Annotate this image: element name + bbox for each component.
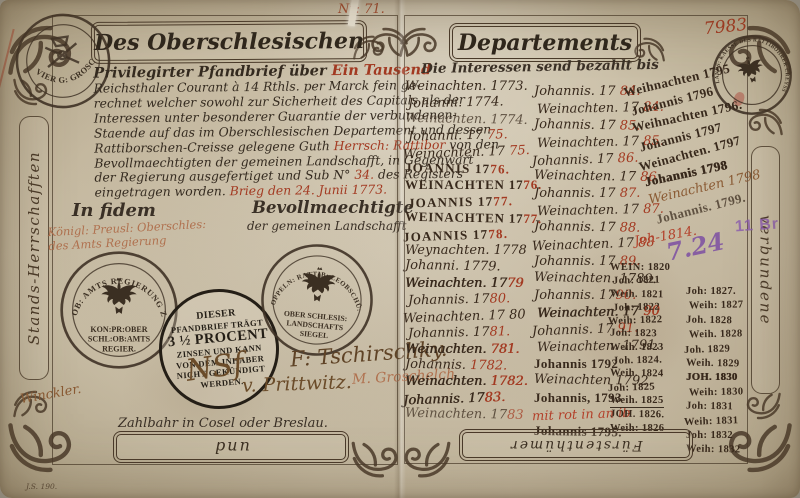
engraver-mark: J.S. 190. bbox=[26, 482, 57, 491]
bond-body-text: Privilegirter Pfandbrief über Ein Tausen… bbox=[93, 61, 406, 201]
interest-date-entry: Weih: 1831 bbox=[684, 414, 739, 430]
interest-date-entry: Weih. 1829 bbox=[686, 357, 741, 372]
purple-stamp: 11 Br bbox=[734, 215, 779, 236]
interest-date-entry: Weinachten. 1779 bbox=[405, 276, 542, 292]
interest-date-entry: JOH. 1830 bbox=[686, 371, 740, 385]
trophy-emblem-icon bbox=[44, 36, 79, 68]
interest-date-entry: Weinachten. 1773. bbox=[405, 79, 542, 95]
left-edge-word: Stands-Herrschafften bbox=[25, 151, 43, 345]
brieg-seal-line: SCHL:OB:AMTS bbox=[88, 335, 151, 344]
left-edge-band: Stands-Herrschafften bbox=[19, 116, 49, 380]
signature-prittwitz: v. Prittwitz. bbox=[242, 371, 353, 397]
interest-date-entry: Joh: 1827. bbox=[686, 285, 740, 299]
interest-date-entry: Weih. 1828 bbox=[689, 328, 744, 344]
interest-date-entry: Weih. 1825 bbox=[610, 394, 664, 408]
interest-dates-column-1: Weinachten. 1773.Johanni. 1774.Weinachte… bbox=[405, 79, 542, 424]
interest-date-entry: Weih. 1823 bbox=[610, 341, 670, 354]
landschaft-seal-line: SIEGEL bbox=[299, 329, 328, 340]
interest-date-entry: Weih: 1827 bbox=[689, 299, 744, 315]
interest-date-entry: WEINACHTEN 1776. bbox=[405, 177, 542, 193]
bottom-right-cartouche: Fürstenthümer bbox=[462, 432, 690, 458]
interest-date-entry: Johannis. 1781. bbox=[408, 324, 545, 343]
brieg-seal-line: REGIER. bbox=[102, 344, 136, 353]
bevollmaechtigte-sub: der gemeinen Landschafft bbox=[247, 219, 406, 233]
bottom-right-word: Fürstenthümer bbox=[509, 437, 642, 453]
prussian-eagle-icon bbox=[300, 266, 336, 303]
payable-note: Zahlbahr in Cosel oder Breslau. bbox=[118, 416, 328, 431]
interest-date-entry: Weinachten. 781. bbox=[405, 342, 542, 358]
interest-date-entry: Joh: 1821 bbox=[613, 274, 674, 289]
right-page-title: Departements bbox=[458, 30, 632, 56]
interest-date-entry: Joh: 1825 bbox=[608, 380, 669, 395]
interest-date-entry: Johanni. 1779. bbox=[405, 258, 542, 277]
interest-date-entry: Joh: 1831 bbox=[686, 400, 741, 415]
center-fold-crease bbox=[394, 0, 406, 498]
document-number: Nr: 71. bbox=[338, 2, 385, 17]
interest-date-entry: Weih. 1821 bbox=[610, 287, 671, 301]
brieg-seal-line: KON:PR:OBER bbox=[90, 325, 147, 334]
interest-dates-column-4a: WEIN: 1820Joh: 1821Weih. 1821Joh: 1822We… bbox=[610, 261, 670, 435]
interest-date-entry: Joh. 1829 bbox=[684, 342, 739, 358]
interest-date-entry: Weih: 1832 bbox=[686, 443, 741, 458]
interest-date-entry: Weynachten. 1778 bbox=[405, 243, 542, 259]
interest-date-entry: Johannis. 1782. bbox=[405, 357, 542, 376]
border-flourish bbox=[742, 390, 782, 430]
interest-date-entry: Johannis. 17 87. bbox=[534, 185, 661, 202]
border-flourish bbox=[398, 438, 452, 492]
interest-date-entry: Weinachten. 1783 bbox=[405, 406, 542, 425]
border-flourish bbox=[6, 418, 80, 492]
bottom-left-word: und bbox=[213, 438, 250, 457]
interest-date-entry: Joh: 1832 bbox=[686, 429, 740, 443]
interest-date-entry: Weinachten. 1782. bbox=[405, 374, 542, 390]
bevollmaechtigte-label: Bevollmaechtigte bbox=[252, 198, 414, 217]
interest-dates-column-4b: Joh: 1827.Weih: 1827Joh. 1828Weih. 1828J… bbox=[686, 285, 740, 458]
interest-date-entry: Weih: 1830 bbox=[689, 385, 744, 401]
interest-date-entry: JOANNIS 1776. bbox=[405, 160, 542, 179]
pfandbrief-document: Stands-Herrschafften verbundene Nr: 71. … bbox=[0, 0, 800, 498]
interest-date-entry: WEIN: 1820 bbox=[610, 261, 670, 274]
right-title-cartouche: Departements bbox=[452, 26, 638, 59]
interest-date-entry: Joh: 1823 bbox=[610, 327, 671, 341]
bottom-left-cartouche: und bbox=[116, 434, 346, 460]
left-page-title: Des Oberschlesischen bbox=[94, 28, 364, 56]
in-fidem-label: In fidem bbox=[72, 200, 156, 221]
left-title-cartouche: Des Oberschlesischen bbox=[94, 23, 364, 61]
interest-date-entry: JOH. 1826. bbox=[610, 408, 671, 422]
interest-date-entry: Weih. 1824 bbox=[610, 367, 671, 381]
interest-date-entry: Joh. 1828 bbox=[686, 313, 741, 328]
